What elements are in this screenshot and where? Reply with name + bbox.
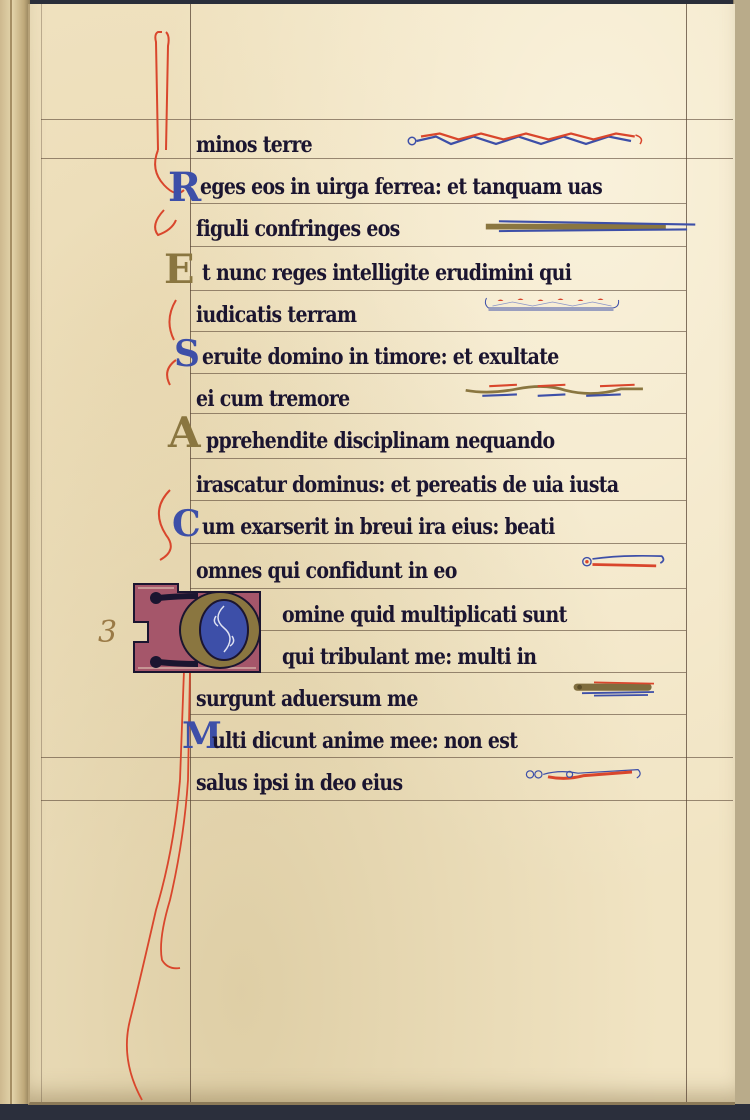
text-line: ulti dicunt anime mee: non est — [212, 718, 702, 754]
historiated-initial-D: D — [128, 578, 278, 678]
text-line: um exarserit in breui ira eius: beati — [202, 504, 692, 540]
initial-A: A — [168, 412, 201, 454]
text-line-content: ei cum tremore — [196, 386, 349, 412]
text-line-content: um exarserit in breui ira eius: beati — [202, 514, 555, 540]
text-line-content: figuli confringes eos — [196, 216, 400, 242]
text-line-content: salus ipsi in deo eius — [196, 770, 402, 796]
text-line-content: qui tribulant me: multi in — [282, 644, 536, 670]
text-line-content: t nunc reges intelligite erudimini qui — [202, 260, 571, 286]
book-spine-edge — [0, 0, 30, 1120]
initial-E: E — [164, 250, 195, 290]
text-line-content: surgunt aduersum me — [196, 686, 418, 712]
line-filler-gold-bar — [540, 680, 690, 698]
ruling-line — [190, 290, 686, 291]
line-filler-gold-bar — [458, 218, 728, 236]
initial-R: R — [168, 168, 201, 208]
ruling-line — [190, 543, 686, 544]
initial-C: C — [172, 506, 201, 542]
ruling-line — [190, 714, 686, 715]
text-line: eruite domino in timore: et exultate — [202, 334, 692, 370]
initial-letter: A — [168, 408, 201, 457]
ruling-line — [190, 246, 686, 247]
text-line-content: eges eos in uirga ferrea: et tanquam uas — [200, 174, 602, 200]
ruling-outer-margin — [41, 4, 42, 1102]
text-line-content: pprehendite disciplinam nequando — [206, 428, 554, 454]
initial-S: S — [174, 336, 200, 372]
ruling-line — [190, 331, 686, 332]
initial-letter: R — [168, 164, 201, 211]
text-line-content: iudicatis terram — [196, 302, 356, 328]
line-filler-wave — [420, 382, 690, 400]
line-filler-scroll — [560, 552, 690, 570]
ruling-line — [190, 413, 686, 414]
initial-letter: S — [174, 333, 200, 375]
line-filler-zigzag — [366, 132, 686, 150]
text-line-content: omine quid multiplicati sunt — [282, 602, 567, 628]
initial-letter: C — [172, 503, 201, 545]
text-line: irascatur dominus: et pereatis de uia iu… — [196, 462, 686, 498]
facing-page-edge — [733, 0, 750, 1120]
text-line: omine quid multiplicati sunt — [282, 592, 692, 628]
initial-letter: E — [164, 246, 195, 293]
line-filler-scroll — [410, 296, 700, 314]
ruling-line — [190, 458, 686, 459]
psalm-number: 3 — [98, 615, 117, 650]
initial-D-panel — [128, 578, 278, 678]
text-line-content: minos terre — [196, 132, 312, 158]
ruling-line — [190, 203, 686, 204]
text-line-content: ulti dicunt anime mee: non est — [212, 728, 517, 754]
text-line: eges eos in uirga ferrea: et tanquam uas — [200, 164, 690, 200]
line-filler-scroll — [484, 766, 684, 784]
text-line: pprehendite disciplinam nequando — [206, 418, 696, 454]
text-line-content: irascatur dominus: et pereatis de uia iu… — [196, 472, 618, 498]
spine-crease — [10, 0, 12, 1120]
text-line: t nunc reges intelligite erudimini qui — [202, 250, 692, 286]
text-line-content: eruite domino in timore: et exultate — [202, 344, 559, 370]
ruling-line — [190, 500, 686, 501]
ruling-line — [190, 373, 686, 374]
text-line: qui tribulant me: multi in — [282, 634, 692, 670]
